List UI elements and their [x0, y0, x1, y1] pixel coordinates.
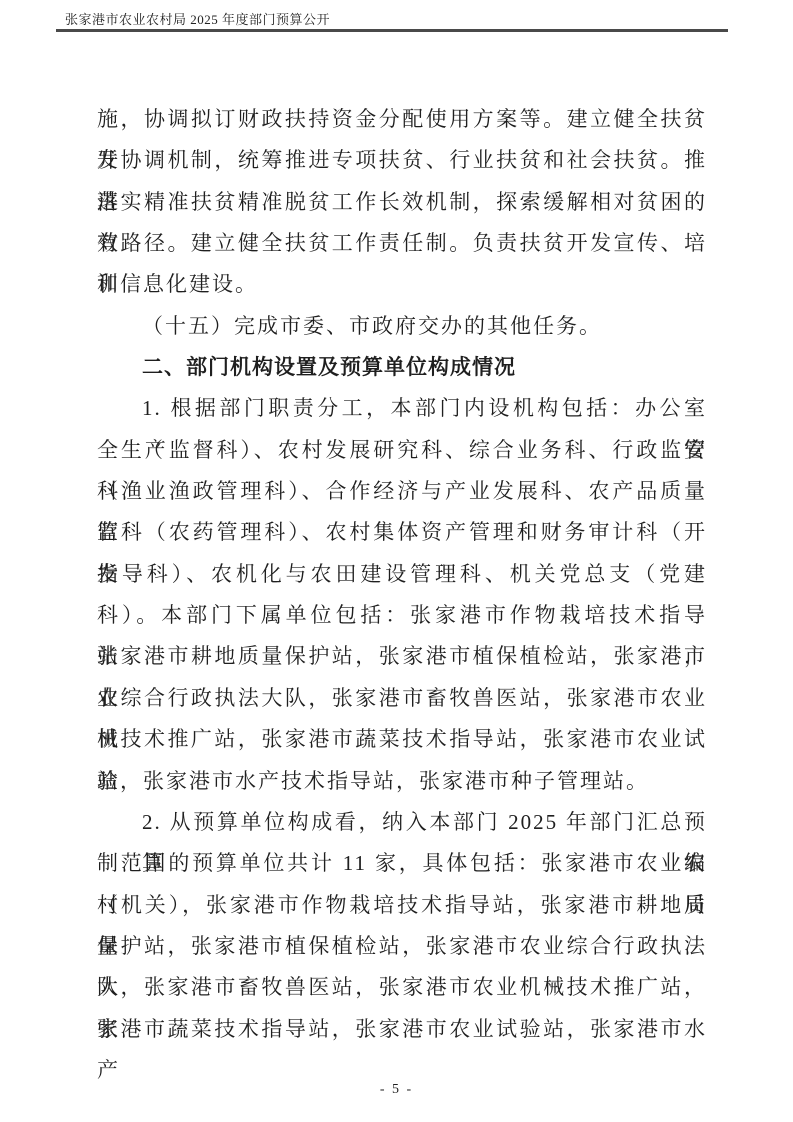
- header-title: 张家港市农业农村局 2025 年度部门预算公开: [65, 12, 330, 28]
- body-line: 保护站，张家港市植保植检站，张家港市农业综合行政执法大: [97, 926, 707, 967]
- body-line: 指导科）、农机化与农田建设管理科、机关党总支（党建: [97, 554, 707, 595]
- body-line: （渔业渔政管理科）、合作经济与产业发展科、农产品质量监: [97, 471, 707, 512]
- body-line: （十五）完成市委、市政府交办的其他任务。: [97, 306, 707, 347]
- body-line: 发协调机制，统筹推进专项扶贫、行业扶贫和社会扶贫。推进: [97, 140, 707, 181]
- document-page: 张家港市农业农村局 2025 年度部门预算公开 施，协调拟订财政扶持资金分配使用…: [0, 0, 793, 1122]
- page-number: - 5 -: [0, 1082, 793, 1098]
- body-line: 和信息化建设。: [97, 264, 707, 305]
- section-heading: 二、部门机构设置及预算单位构成情况: [97, 347, 707, 388]
- body-line: 全生产监督科）、农村发展研究科、综合业务科、行政监管科: [97, 430, 707, 471]
- body-line: 管科（农药管理科）、农村集体资产管理和财务审计科（开发: [97, 512, 707, 553]
- body-line: 施，协调拟订财政扶持资金分配使用方案等。建立健全扶贫开: [97, 99, 707, 140]
- body-line: 效路径。建立健全扶贫工作责任制。负责扶贫开发宣传、培训: [97, 223, 707, 264]
- body-line: 科）。本部门下属单位包括：张家港市作物栽培技术指导站，: [97, 595, 707, 636]
- body-line: 制范围的预算单位共计 11 家，具体包括：张家港市农业农村局: [97, 843, 707, 884]
- body-line: 队，张家港市畜牧兽医站，张家港市农业机械技术推广站，张: [97, 967, 707, 1008]
- body-line: 家港市蔬菜技术指导站，张家港市农业试验站，张家港市水产: [97, 1009, 707, 1050]
- body-line: 张家港市耕地质量保护站，张家港市植保植检站，张家港市农: [97, 636, 707, 677]
- body-line: 1. 根据部门职责分工，本部门内设机构包括：办公室（安: [97, 388, 707, 429]
- body-text-block: 施，协调拟订财政扶持资金分配使用方案等。建立健全扶贫开 发协调机制，统筹推进专项…: [97, 99, 707, 1050]
- body-line: 业综合行政执法大队，张家港市畜牧兽医站，张家港市农业机: [97, 678, 707, 719]
- body-line: 2. 从预算单位构成看，纳入本部门 2025 年部门汇总预算编: [97, 802, 707, 843]
- body-line: 落实精准扶贫精准脱贫工作长效机制，探索缓解相对贫困的有: [97, 182, 707, 223]
- body-line: 站，张家港市水产技术指导站，张家港市种子管理站。: [97, 761, 707, 802]
- body-line: （机关），张家港市作物栽培技术指导站，张家港市耕地质量: [97, 885, 707, 926]
- body-line: 械技术推广站，张家港市蔬菜技术指导站，张家港市农业试验: [97, 719, 707, 760]
- header-rule: [56, 29, 728, 32]
